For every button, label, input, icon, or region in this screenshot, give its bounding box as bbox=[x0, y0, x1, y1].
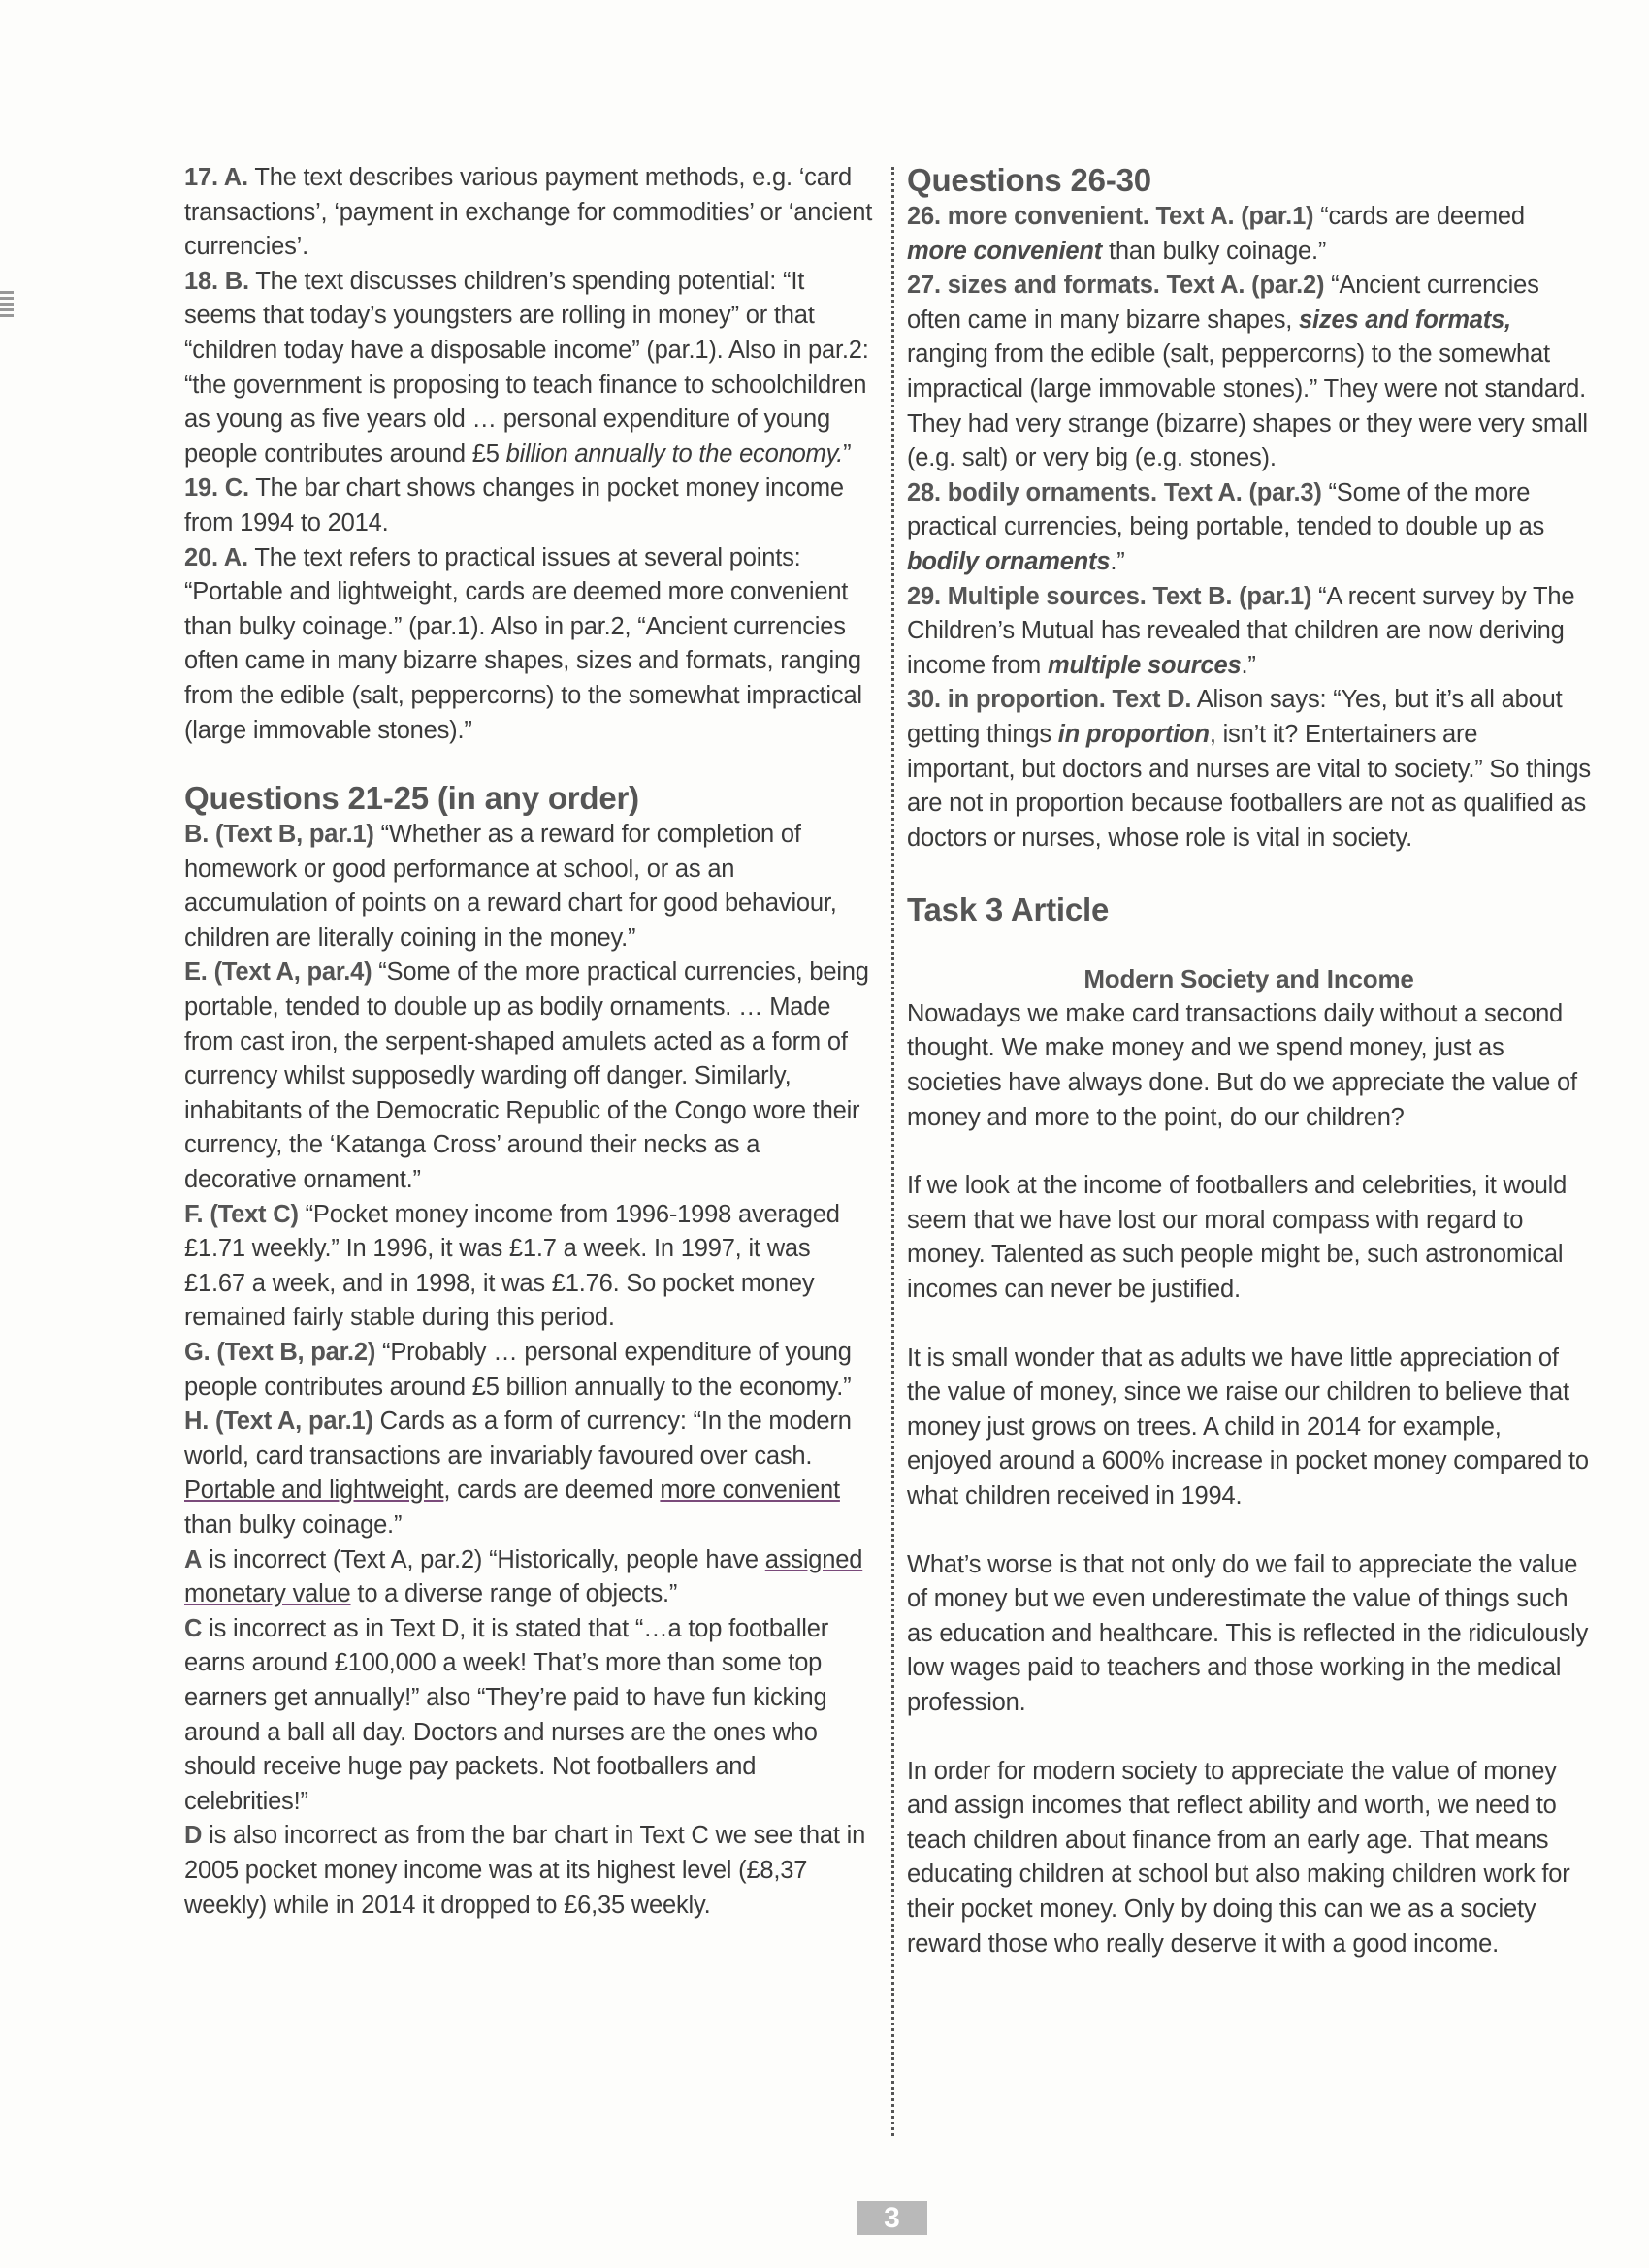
answer-30: 30. in proportion. Text D. Alison says: … bbox=[907, 683, 1591, 856]
incorrect-c: C is incorrect as in Text D, it is state… bbox=[184, 1612, 873, 1820]
left-column: 17. A. The text describes various paymen… bbox=[184, 161, 873, 1923]
incorrect-d: D is also incorrect as from the bar char… bbox=[184, 1819, 873, 1923]
column-divider bbox=[891, 167, 894, 2136]
incorrect-a: A is incorrect (Text A, par.2) “Historic… bbox=[184, 1543, 873, 1612]
task-3-heading: Task 3 Article bbox=[907, 891, 1591, 929]
article-paragraph: What’s worse is that not only do we fail… bbox=[907, 1548, 1591, 1721]
answer-20: 20. A. The text refers to practical issu… bbox=[184, 541, 873, 749]
answer-26: 26. more convenient. Text A. (par.1) “ca… bbox=[907, 200, 1591, 269]
answer-27: 27. sizes and formats. Text A. (par.2) “… bbox=[907, 269, 1591, 476]
answer-h: H. (Text A, par.1) Cards as a form of cu… bbox=[184, 1405, 873, 1542]
right-column: Questions 26-30 26. more convenient. Tex… bbox=[907, 161, 1591, 1961]
answer-g: G. (Text B, par.2) “Probably … personal … bbox=[184, 1336, 873, 1405]
scan-artifact bbox=[0, 291, 14, 320]
answer-19: 19. C. The bar chart shows changes in po… bbox=[184, 471, 873, 540]
article-paragraph: In order for modern society to appreciat… bbox=[907, 1755, 1591, 1962]
answer-e: E. (Text A, par.4) “Some of the more pra… bbox=[184, 956, 873, 1197]
section-heading-21-25: Questions 21-25 (in any order) bbox=[184, 779, 873, 818]
answer-17: 17. A. The text describes various paymen… bbox=[184, 161, 873, 265]
answer-b: B. (Text B, par.1) “Whether as a reward … bbox=[184, 818, 873, 956]
answer-29: 29. Multiple sources. Text B. (par.1) “A… bbox=[907, 580, 1591, 684]
article-paragraph: Nowadays we make card transactions daily… bbox=[907, 997, 1591, 1135]
answer-28: 28. bodily ornaments. Text A. (par.3) “S… bbox=[907, 476, 1591, 580]
article-paragraph: It is small wonder that as adults we hav… bbox=[907, 1342, 1591, 1514]
section-heading-26-30: Questions 26-30 bbox=[907, 161, 1591, 200]
answer-f: F. (Text C) “Pocket money income from 19… bbox=[184, 1198, 873, 1336]
page-number: 3 bbox=[857, 2201, 927, 2235]
article-title: Modern Society and Income bbox=[907, 962, 1591, 997]
article-paragraph: If we look at the income of footballers … bbox=[907, 1169, 1591, 1307]
answer-18: 18. B. The text discusses children’s spe… bbox=[184, 265, 873, 472]
